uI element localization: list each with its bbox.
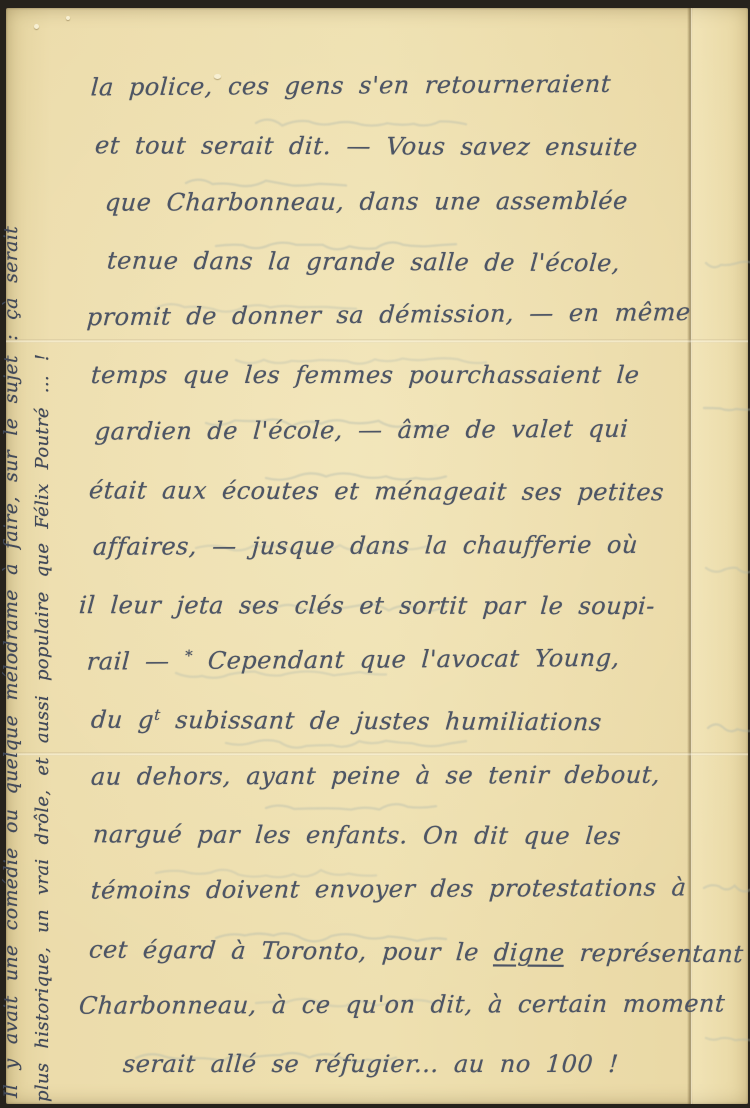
letter-line: temps que les femmes pourchassaient le [4,361,720,418]
letter-text: Charbonneau, à ce qu'on dit, à certain m… [78,990,726,1020]
letter-text: la police, ces gens s'en retourneraient [90,70,612,102]
letter-text: promit de donner sa démission, — en même [86,298,691,331]
letter-text: gardien de l'école, — âme de valet qui [94,415,629,446]
letter-line: nargué par les enfants. On dit que les [4,820,720,880]
letter-line: témoins doivent envoyer des protestation… [4,874,720,935]
letter-text: tenue dans la grande salle de l'école, [106,247,621,278]
letter-line: cet égard à Toronto, pour le digne repré… [4,935,720,997]
margin-note-line-1: Il y avait une comédie ou quelque mélodr… [0,58,22,1098]
letter-text: digne [493,938,566,966]
letter-text: du g [90,706,155,734]
letter-text: que Charbonneau, dans une assemblée [104,187,629,217]
letter-line: rail — * Cependant que l'avocat Young, [4,643,720,705]
letter-text: temps que les femmes pourchassaient le [90,361,640,389]
letter-line: et tout serait dit. — Vous savez ensuite [4,131,720,191]
letter-line: du gt subissant de justes humiliations [4,705,720,766]
letter-text: nargué par les enfants. On dit que les [92,820,622,850]
letter-text: témoins doivent envoyer des protestation… [90,874,687,905]
letter-text: affaires, — jusque dans la chaufferie où [92,531,639,561]
letter-text: et tout serait dit. — Vous savez ensuite [94,132,639,162]
letter-line: que Charbonneau, dans une assemblée [4,186,720,246]
letter-line: était aux écoutes et ménageait ses petit… [4,476,720,536]
letter-line: au dehors, ayant peine à se tenir debout… [4,760,720,820]
photo-backdrop: { "letter": { "body_lines": [ {"segments… [0,0,750,1108]
letter-line: affaires, — jusque dans la chaufferie où [4,531,720,591]
letter-page: la police, ces gens s'en retourneraiente… [6,8,748,1104]
letter-text: il leur jeta ses clés et sortit par le s… [78,591,656,620]
letter-text: représentant ; [564,939,750,968]
pinhole [66,16,70,20]
letter-text: au dehors, ayant peine à se tenir debout… [90,760,661,790]
letter-text: subissant de justes humiliations [159,706,602,736]
letter-line: Charbonneau, à ce qu'on dit, à certain m… [4,990,720,1050]
letter-body: la police, ces gens s'en retourneraiente… [6,74,718,1107]
letter-text: rail — [86,647,186,676]
pinhole [34,24,39,29]
letter-line: promit de donner sa démission, — en même [4,297,719,361]
letter-line: la police, ces gens s'en retourneraient [4,69,720,131]
letter-text: était aux écoutes et ménageait ses petit… [88,476,665,506]
letter-text: Cependant que l'avocat Young, [192,644,621,675]
letter-line: serait allé se réfugier... au no 100 ! [4,1050,720,1107]
letter-line: gardien de l'école, — âme de valet qui [4,415,720,476]
letter-text: serait allé se réfugier... au no 100 ! [122,1050,619,1078]
letter-text: cet égard à Toronto, pour le [88,935,495,966]
margin-note-line-2: plus historique, un vrai drôle, et aussi… [32,122,53,1102]
letter-line: il leur jeta ses clés et sortit par le s… [4,591,720,650]
